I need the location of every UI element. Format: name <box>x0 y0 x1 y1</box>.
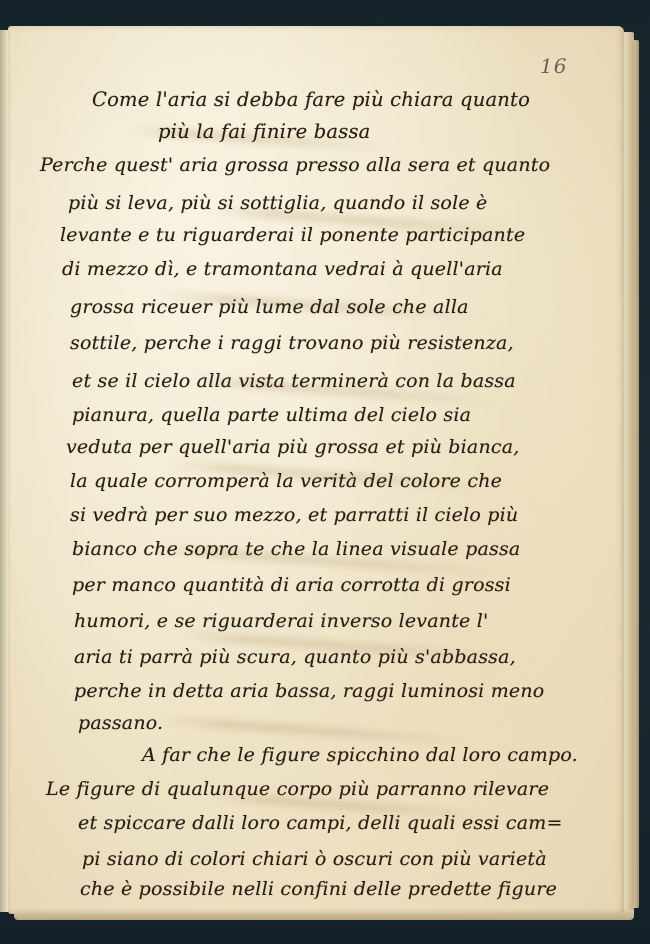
text-line: et se il cielo alla vista terminerà con … <box>72 370 516 392</box>
text-line: sottile, perche i raggi trovano più resi… <box>70 332 514 354</box>
text-line: perche in detta aria bassa, raggi lumino… <box>74 680 544 702</box>
text-line: di mezzo dì, e tramontana vedrai à quell… <box>62 258 503 280</box>
text-line: più si leva, più si sottiglia, quando il… <box>68 192 487 214</box>
text-line: si vedrà per suo mezzo, et parratti il c… <box>70 504 518 526</box>
text-line: Perche quest' aria grossa presso alla se… <box>40 154 550 176</box>
text-line: grossa riceuer più lume dal sole che all… <box>70 296 469 318</box>
manuscript-page: 16 Come l'aria si debba fare più chiara … <box>8 26 624 914</box>
text-line: pi siano di colori chiari ò oscuri con p… <box>82 848 547 870</box>
text-line: et spiccare dalli loro campi, delli qual… <box>78 812 563 834</box>
text-line: veduta per quell'aria più grossa et più … <box>66 436 520 458</box>
heading-line: Come l'aria si debba fare più chiara qua… <box>92 88 530 111</box>
text-line: passano. <box>78 712 163 734</box>
text-line: pianura, quella parte ultima del cielo s… <box>72 404 471 426</box>
text-line: humori, e se riguarderai inverso levante… <box>74 610 488 632</box>
text-line: la quale corromperà la verità del colore… <box>70 470 502 492</box>
heading-line: più la fai finire bassa <box>158 120 370 143</box>
text-line: aria ti parrà più scura, quanto più s'ab… <box>74 646 516 668</box>
text-line: bianco che sopra te che la linea visuale… <box>72 538 520 560</box>
text-line: che è possibile nelli confini delle pred… <box>80 878 557 900</box>
handwritten-text: Come l'aria si debba fare più chiara qua… <box>8 26 624 914</box>
section-heading: A far che le figure spicchino dal loro c… <box>142 744 578 766</box>
text-line: per manco quantità di aria corrotta di g… <box>72 574 511 596</box>
text-line: levante e tu riguarderai il ponente part… <box>60 224 525 246</box>
text-line: Le figure di qualunque corpo più parrann… <box>46 778 549 800</box>
